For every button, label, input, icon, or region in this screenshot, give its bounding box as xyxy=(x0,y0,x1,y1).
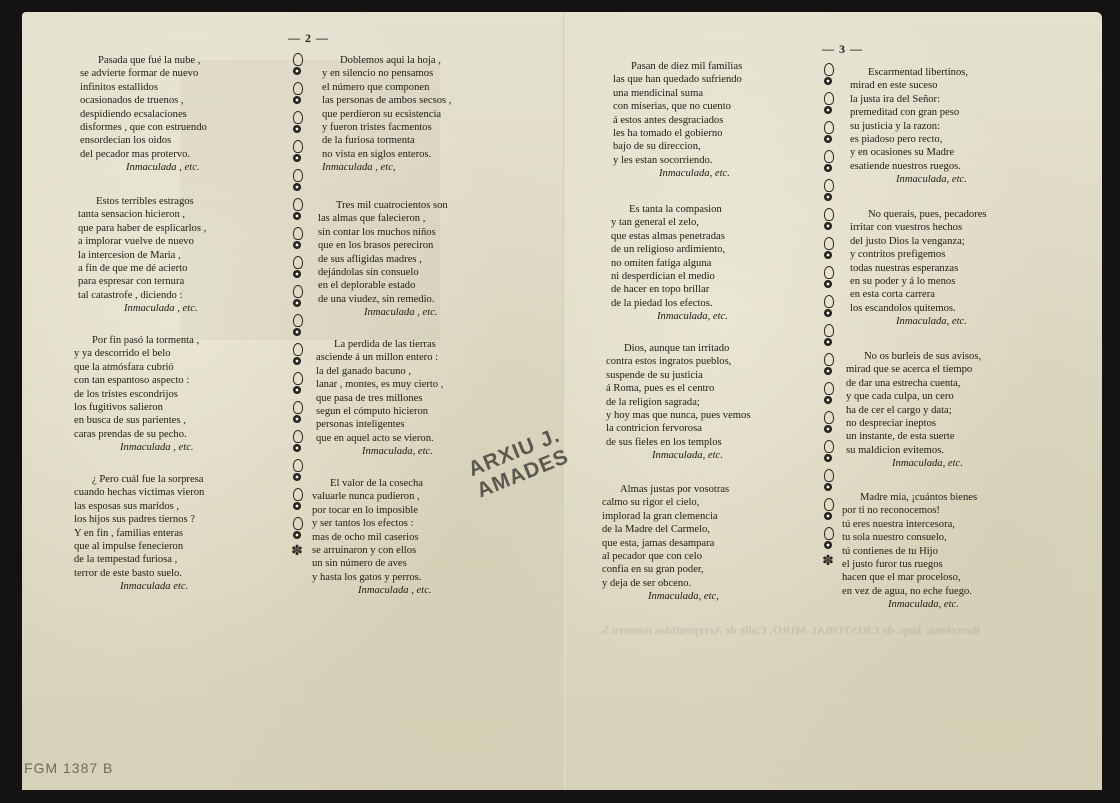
verse-line: la del ganado bacuno , xyxy=(316,365,443,378)
verse-line: que perdieron su ecsistencia xyxy=(322,108,451,121)
verse-line: en busca de sus parientes , xyxy=(74,414,199,427)
verse-line: los escandolos quitemos. xyxy=(850,302,987,315)
verse-line: que pasa de tres millones xyxy=(316,392,443,405)
verse-line: por ti no reconocemos! xyxy=(842,504,977,517)
refrain: Inmaculada, etc. xyxy=(850,173,968,186)
verse-line: y ser tantos los efectos : xyxy=(312,517,432,530)
refrain: Inmaculada, etc. xyxy=(613,167,742,180)
refrain: Inmaculada , etc. xyxy=(318,306,448,319)
verse-line: de hacer en topo brillar xyxy=(611,283,728,296)
verse-line: una mendicinal suma xyxy=(613,87,742,100)
stanza: Estos terribles estragos tanta sensacion… xyxy=(78,195,206,316)
verse-line: en su poder y á lo menos xyxy=(850,275,987,288)
verse-line: valuarle nunca pudieron , xyxy=(312,490,432,503)
verse-line: Es tanta la compasion xyxy=(611,203,728,216)
verse-line: las personas de ambos secsos , xyxy=(322,94,451,107)
verse-line: en el deplorable estado xyxy=(318,279,448,292)
verse-line: infinitos estallidos xyxy=(80,81,207,94)
verse-line: despidiendo ecsalaciones xyxy=(80,108,207,121)
verse-line: terror de este basto suelo. xyxy=(74,567,204,580)
verse-line: Escarmentad libertinos, xyxy=(850,66,968,79)
verse-line: de un religioso ardimiento, xyxy=(611,243,728,256)
verse-line: mirad que se acerca el tiempo xyxy=(846,363,981,376)
verse-line: dejándolas sin consuelo xyxy=(318,266,448,279)
verse-line: Almas justas por vosotras xyxy=(602,483,729,496)
stanza: Es tanta la compasion y tan general el z… xyxy=(611,203,728,324)
verse-line: y en ocasiones su Madre xyxy=(850,146,968,159)
verse-line: de la furiosa tormenta xyxy=(322,134,451,147)
verse-line: de los tristes escondrijos xyxy=(74,388,199,401)
stanza: Pasan de diez mil familias las que han q… xyxy=(613,60,742,181)
refrain: Inmaculada , etc. xyxy=(80,161,207,174)
verse-line: la contricion fervorosa xyxy=(606,422,750,435)
verse-line: es piadoso pero recto, xyxy=(850,133,968,146)
refrain: Inmaculada , etc, xyxy=(322,161,451,174)
stanza: El valor de la cosecha valuarle nunca pu… xyxy=(312,477,432,598)
verse-line: Por fin pasó la tormenta , xyxy=(74,334,199,347)
verse-line: que la atmósfara cubrió xyxy=(74,361,199,374)
verse-line: suspende de su justicia xyxy=(606,369,750,382)
verse-line: de la Madre del Carmelo, xyxy=(602,523,729,536)
verse-line: tu sola nuestro consuelo, xyxy=(842,531,977,544)
stanza: Doblemos aqui la hoja , y en silencio no… xyxy=(322,54,451,175)
verse-line: de dar una estrecha cuenta, xyxy=(846,377,981,390)
verse-line: mirad en este suceso xyxy=(850,79,968,92)
verse-line: del justo Dios la venganza; xyxy=(850,235,987,248)
verse-line: tú eres nuestra intercesora, xyxy=(842,518,977,531)
stanza: La perdida de las tierras asciende á un … xyxy=(316,338,443,459)
page-number-2: — 2 — xyxy=(288,31,329,46)
verse-line: ¿ Pero cuál fue la sorpresa xyxy=(74,473,204,486)
verse-line: que en aquel acto se vieron. xyxy=(316,432,443,445)
verse-line: tanta sensacion hicieron , xyxy=(78,208,206,221)
verse-line: irritar con vuestros hechos xyxy=(850,221,987,234)
refrain: Inmaculada, etc. xyxy=(611,310,728,323)
center-fold xyxy=(563,12,565,790)
verse-line: el número que componen xyxy=(322,81,451,94)
refrain: Inmaculada, etc. xyxy=(316,445,443,458)
verse-line: y ya descorrido el belo xyxy=(74,347,199,360)
verse-line: en vez de agua, no eche fuego. xyxy=(842,585,977,598)
verse-line: las almas que falecieron , xyxy=(318,212,448,225)
verse-line: Estos terribles estragos xyxy=(78,195,206,208)
ornament-column-left: ✽ xyxy=(288,52,306,559)
verse-line: No querais, pues, pecadores xyxy=(850,208,987,221)
verse-line: que esta, jamas desampara xyxy=(602,537,729,550)
verse-line: y fueron tristes facmentos xyxy=(322,121,451,134)
verse-line: un sin número de aves xyxy=(312,557,432,570)
verse-line: personas inteligentes xyxy=(316,418,443,431)
verse-line: a implorar vuelve de nuevo xyxy=(78,235,206,248)
verse-line: Madre mia, ¡cuántos bienes xyxy=(842,491,977,504)
stanza: ¿ Pero cuál fue la sorpresa cuando hecha… xyxy=(74,473,204,594)
verse-line: y contritos prefigemos xyxy=(850,248,987,261)
verse-line: de la religion sagrada; xyxy=(606,396,750,409)
verse-line: implorad la gran clemencia xyxy=(602,510,729,523)
verse-line: y hasta los gatos y perros. xyxy=(312,571,432,584)
verse-line: ha de cer el cargo y data; xyxy=(846,404,981,417)
verse-line: los hijos sus padres tiernos ? xyxy=(74,513,204,526)
refrain: Inmaculada, etc, xyxy=(602,590,729,603)
verse-line: a fin de que me dé acierto xyxy=(78,262,206,275)
verse-line: los fugitivos salieron xyxy=(74,401,199,414)
verse-line: Dios, aunque tan irritado xyxy=(606,342,750,355)
flower-ornament-icon: ✽ xyxy=(822,555,834,569)
verse-line: las que han quedado sufriendo xyxy=(613,73,742,86)
verse-line: tal catastrofe , diciendo : xyxy=(78,289,206,302)
refrain: Inmaculada , etc. xyxy=(74,441,199,454)
verse-line: y que cada culpa, un cero xyxy=(846,390,981,403)
verse-line: La perdida de las tierras xyxy=(316,338,443,351)
verse-line: todas nuestras esperanzas xyxy=(850,262,987,275)
refrain: Inmaculada etc. xyxy=(74,580,204,593)
stanza: Almas justas por vosotras calmo su rigor… xyxy=(602,483,729,604)
verse-line: un instante, de esta suerte xyxy=(846,430,981,443)
verse-line: segun el cómputo hicieron xyxy=(316,405,443,418)
verse-line: Doblemos aqui la hoja , xyxy=(322,54,451,67)
stanza: Por fin pasó la tormenta , y ya descorri… xyxy=(74,334,199,455)
verse-line: Tres mil cuatrocientos son xyxy=(318,199,448,212)
verse-line: caras prendas de su pecho. xyxy=(74,428,199,441)
stanza: Tres mil cuatrocientos son las almas que… xyxy=(318,199,448,320)
verse-line: de sus afligidas madres , xyxy=(318,253,448,266)
verse-line: ni desperdician el medio xyxy=(611,270,728,283)
verse-line: el justo furor tus ruegos xyxy=(842,558,977,571)
stanza: Escarmentad libertinos, mirad en este su… xyxy=(850,66,968,187)
verse-line: su maldicion evitemos. xyxy=(846,444,981,457)
verse-line: y hoy mas que nunca, pues vemos xyxy=(606,409,750,422)
verse-line: para espresar con ternura xyxy=(78,275,206,288)
pencil-catalog-mark: FGM 1387 B xyxy=(24,760,113,776)
verse-line: mas de ocho mil caserios xyxy=(312,531,432,544)
verse-line: y les estan socorriendo. xyxy=(613,154,742,167)
verse-line: no despreciar ineptos xyxy=(846,417,981,430)
verse-line: les ha tomado el gobierno xyxy=(613,127,742,140)
ornament-column-right: ✽ xyxy=(819,62,837,569)
verse-line: de una viudez, sin remedio. xyxy=(318,293,448,306)
verse-line: Pasan de diez mil familias xyxy=(613,60,742,73)
verse-line: que estas almas penetradas xyxy=(611,230,728,243)
verse-line: á estos antes desgraciados xyxy=(613,114,742,127)
verse-line: hacen que el mar proceloso, xyxy=(842,571,977,584)
verse-line: se advierte formar de nuevo xyxy=(80,67,207,80)
verse-line: con tan espantoso aspecto : xyxy=(74,374,199,387)
stanza: Madre mia, ¡cuántos bienes por ti no rec… xyxy=(842,491,977,612)
verse-line: que en los brasos pereciron xyxy=(318,239,448,252)
verse-line: la justa ira del Señor: xyxy=(850,93,968,106)
verse-line: su justicia y la razon: xyxy=(850,120,968,133)
refrain: Inmaculada , etc. xyxy=(312,584,432,597)
verse-line: ocasionados de truenos , xyxy=(80,94,207,107)
flower-ornament-icon: ✽ xyxy=(291,545,303,559)
verse-line: disformes , que con estruendo xyxy=(80,121,207,134)
verse-line: la intercesion de Maria , xyxy=(78,249,206,262)
verse-line: premeditad con gran peso xyxy=(850,106,968,119)
verse-line: esatiende nuestros ruegos. xyxy=(850,160,968,173)
verse-line: al pecador que con celo xyxy=(602,550,729,563)
verse-line: asciende á un millon entero : xyxy=(316,351,443,364)
refrain: Inmaculada, etc. xyxy=(842,598,977,611)
stanza: No os burleis de sus avisos, mirad que s… xyxy=(846,350,981,471)
verse-line: en esta corta carrera xyxy=(850,288,987,301)
verse-line: del pecador mas protervo. xyxy=(80,148,207,161)
verse-line: que para haber de esplicarlos , xyxy=(78,222,206,235)
verse-line: de la tempestad furiosa , xyxy=(74,553,204,566)
verse-line: contra estos ingratos pueblos, xyxy=(606,355,750,368)
verse-line: Y en fin , familias enteras xyxy=(74,527,204,540)
refrain: Inmaculada , etc. xyxy=(78,302,206,315)
verse-line: las esposas sus maridos , xyxy=(74,500,204,513)
verse-line: El valor de la cosecha xyxy=(312,477,432,490)
refrain: Inmaculada, etc. xyxy=(606,449,750,462)
verse-line: tú contienes de tu Hijo xyxy=(842,545,977,558)
verse-line: Pasada que fué la nube , xyxy=(80,54,207,67)
verse-line: no vista en siglos enteros. xyxy=(322,148,451,161)
verse-line: ensordecian los oidos xyxy=(80,134,207,147)
verse-line: de la piedad los efectos. xyxy=(611,297,728,310)
verse-line: por tocar en lo imposible xyxy=(312,504,432,517)
refrain: Inmaculada, etc. xyxy=(850,315,987,328)
stanza: Pasada que fué la nube , se advierte for… xyxy=(80,54,207,175)
verse-line: bajo de su direccion, xyxy=(613,140,742,153)
verse-line: con miserias, que no cuento xyxy=(613,100,742,113)
verse-line: y tan general el zelo, xyxy=(611,216,728,229)
bleed-through-imprint: Barcelona: Imp. de CRISTOBAL MIRO, Calle… xyxy=(600,623,980,638)
verse-line: lanar , montes, es muy cierto , xyxy=(316,378,443,391)
verse-line: cuando hechas victimas vieron xyxy=(74,486,204,499)
verse-line: confia en su gran poder, xyxy=(602,563,729,576)
verse-line: que al impulse fenecieron xyxy=(74,540,204,553)
verse-line: se arruinaron y con ellos xyxy=(312,544,432,557)
verse-line: no omiten fatiga alguna xyxy=(611,257,728,270)
verse-line: y deja de ser obceno. xyxy=(602,577,729,590)
verse-line: y en silencio no pensamos xyxy=(322,67,451,80)
page-number-3: — 3 — xyxy=(822,42,863,57)
verse-line: calmo su rigor el cielo, xyxy=(602,496,729,509)
verse-line: de sus fieles en los templos xyxy=(606,436,750,449)
verse-line: á Roma, pues es el centro xyxy=(606,382,750,395)
verse-line: No os burleis de sus avisos, xyxy=(846,350,981,363)
refrain: Inmaculada, etc. xyxy=(846,457,981,470)
stanza: Dios, aunque tan irritado contra estos i… xyxy=(606,342,750,463)
stanza: No querais, pues, pecadores irritar con … xyxy=(850,208,987,329)
verse-line: sin contar los muchos niños xyxy=(318,226,448,239)
